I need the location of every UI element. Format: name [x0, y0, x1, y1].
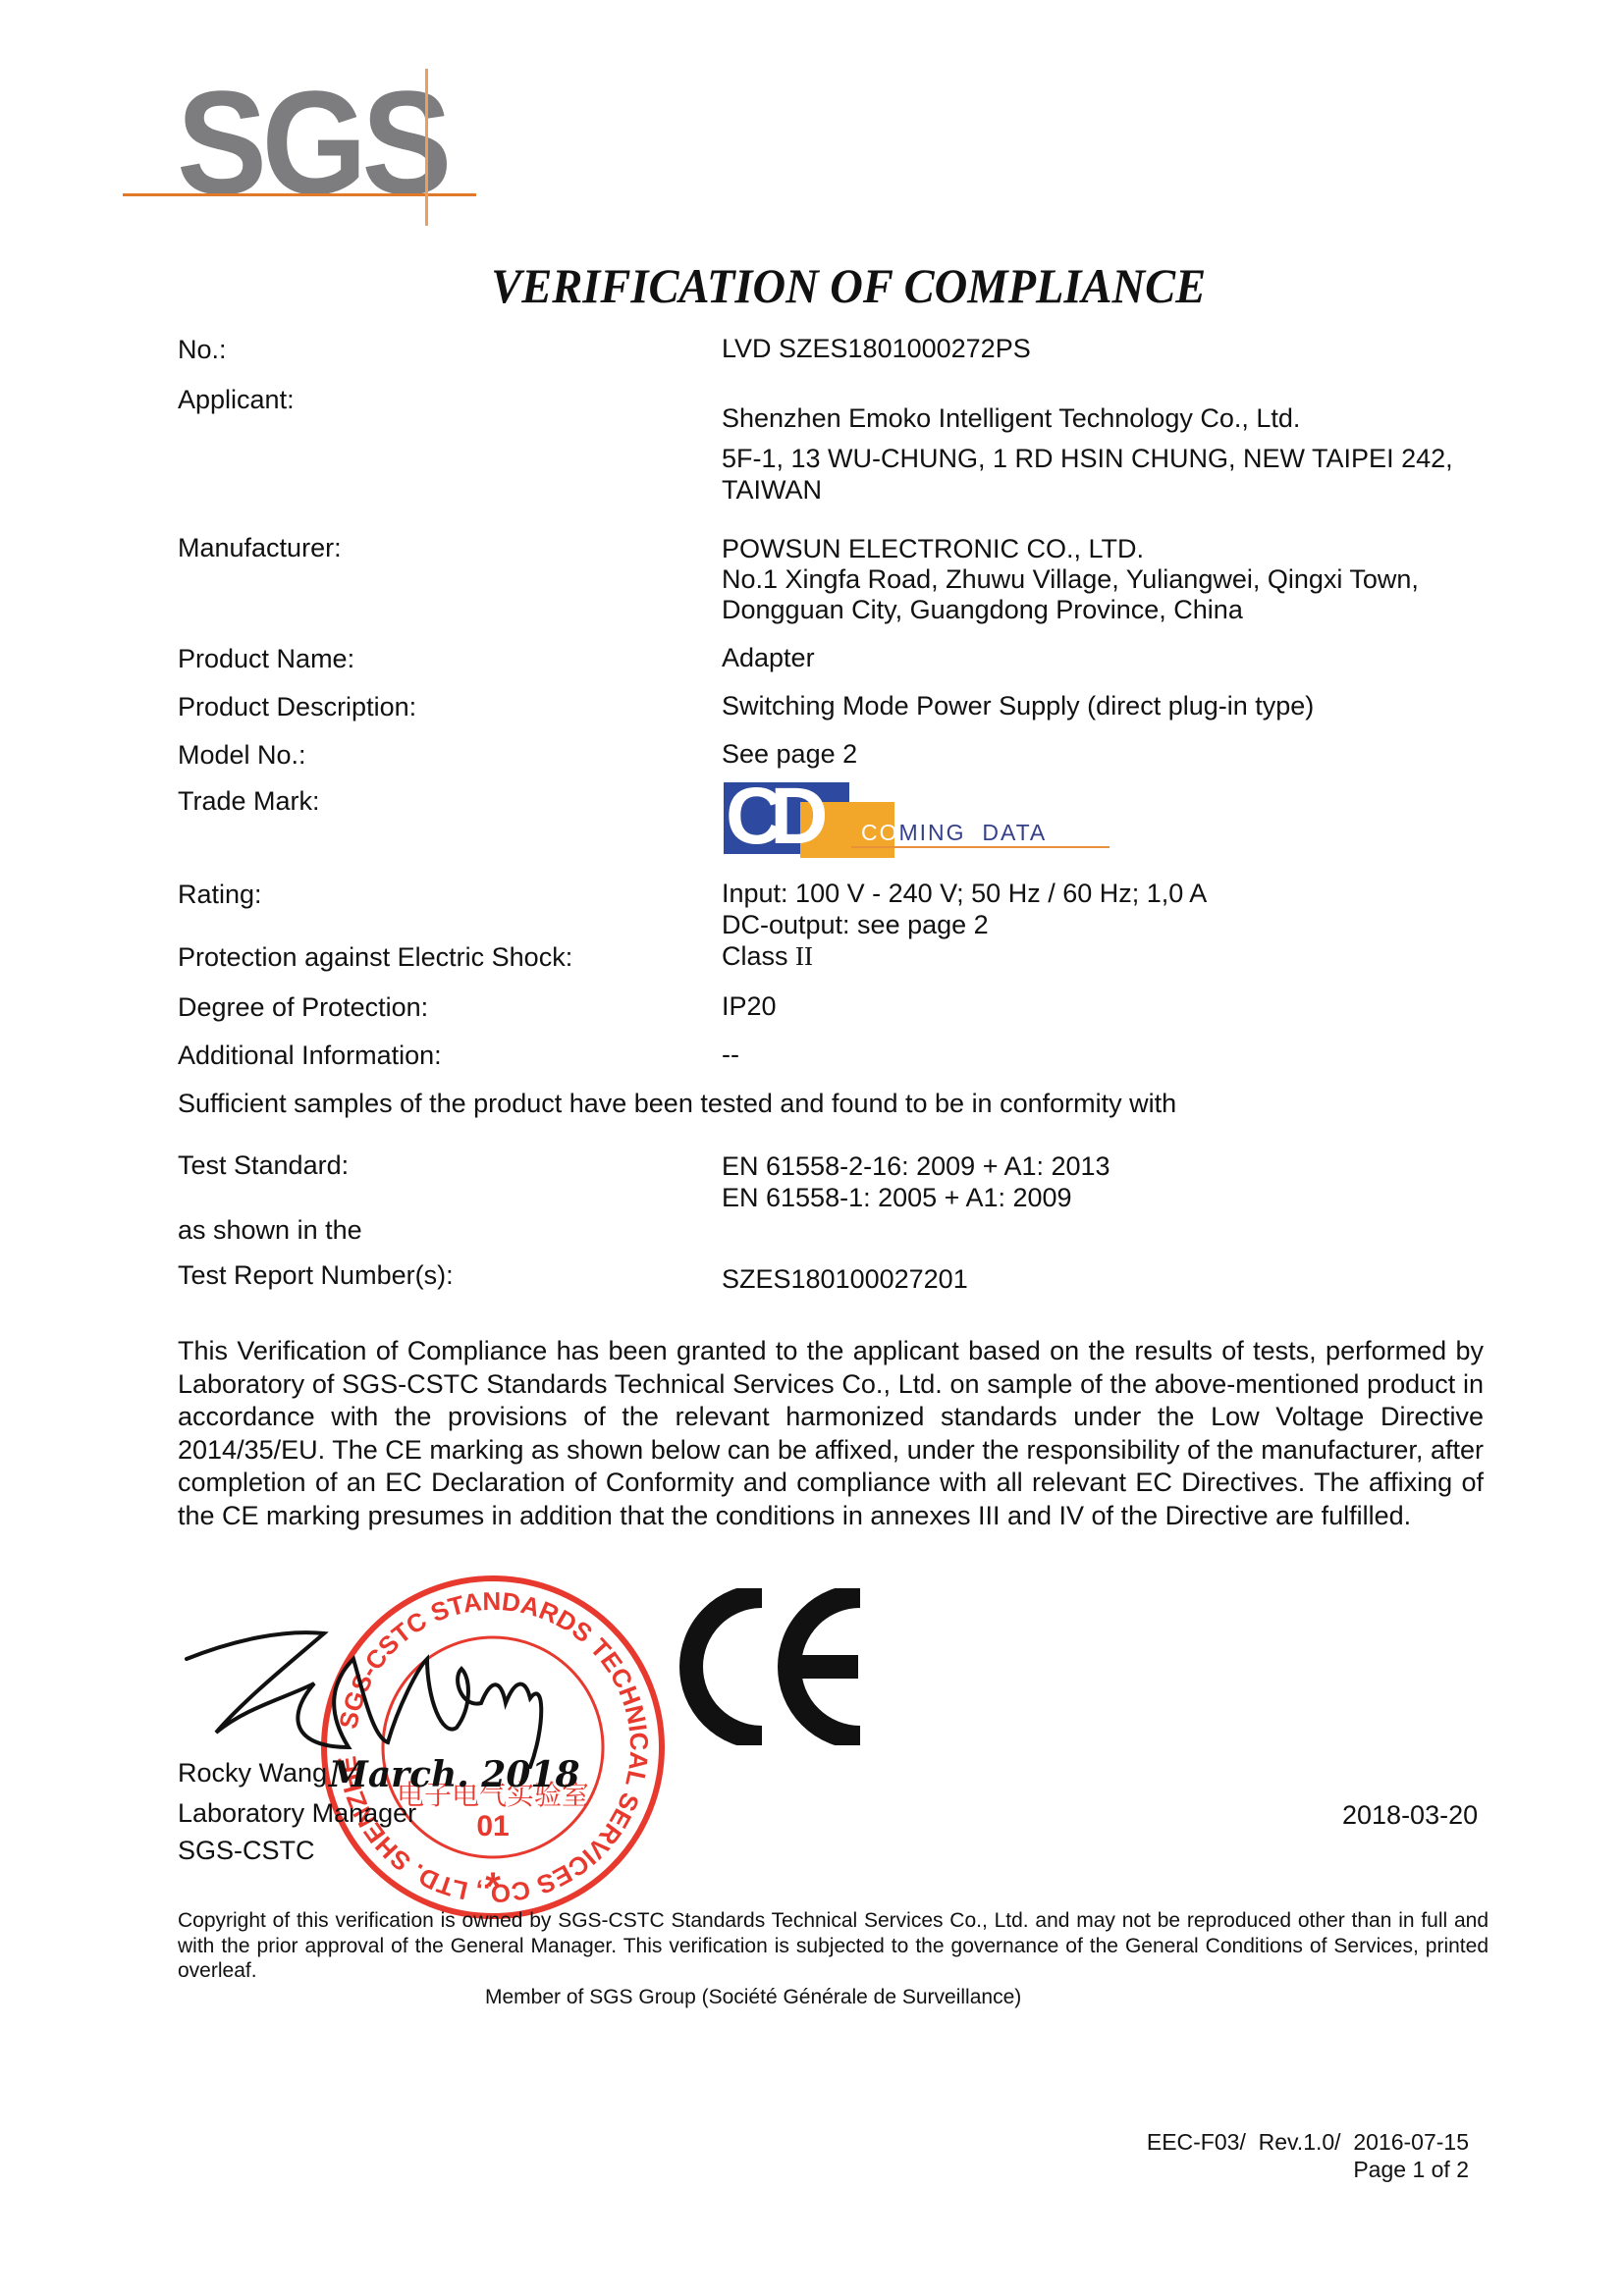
conformity-statement: Sufficient samples of the product have b…: [178, 1089, 1176, 1119]
page-number: Page 1 of 2: [1115, 2156, 1469, 2183]
product-description-value: Switching Mode Power Supply (direct plug…: [722, 690, 1314, 721]
test-report-value: SZES180100027201: [722, 1263, 968, 1295]
class-prefix: Class: [722, 941, 795, 971]
logo-vertical-rule: [425, 69, 428, 226]
applicant-label: Applicant:: [178, 385, 295, 415]
rating-value-line1: Input: 100 V - 240 V; 50 Hz / 60 Hz; 1,0…: [722, 878, 1207, 909]
member-statement: Member of SGS Group (Société Générale de…: [485, 1986, 1021, 2009]
rating-label: Rating:: [178, 880, 262, 910]
model-no-label: Model No.:: [178, 740, 306, 771]
page-title: VERIFICATION OF COMPLIANCE: [57, 257, 1567, 314]
logo-cd-letters: CD: [726, 776, 814, 857]
signatory-organization: SGS-CSTC: [178, 1836, 315, 1866]
manufacturer-address-line2: Dongguan City, Guangdong Province, China: [722, 594, 1243, 625]
logo-horizontal-rule: [123, 193, 476, 196]
rating-value-line2: DC-output: see page 2: [722, 909, 989, 940]
additional-info-label: Additional Information:: [178, 1041, 442, 1071]
test-standard-2: EN 61558-1: 2005 + A1: 2009: [722, 1182, 1072, 1213]
test-standard-1: EN 61558-2-16: 2009 + A1: 2013: [722, 1150, 1110, 1182]
protection-shock-label: Protection against Electric Shock:: [178, 942, 572, 973]
handwritten-date: March. 2018: [327, 1754, 580, 1795]
manufacturer-label: Manufacturer:: [178, 533, 342, 563]
stamp-number: 01: [476, 1810, 509, 1842]
form-revision: EEC-F03/ Rev.1.0/ 2016-07-15: [1115, 2128, 1469, 2156]
product-name-value: Adapter: [722, 642, 815, 673]
applicant-address-line1: 5F-1, 13 WU-CHUNG, 1 RD HSIN CHUNG, NEW …: [722, 443, 1453, 474]
issue-date: 2018-03-20: [1342, 1800, 1478, 1831]
manufacturer-name: POWSUN ELECTRONIC CO., LTD.: [722, 533, 1144, 564]
applicant-name: Shenzhen Emoko Intelligent Technology Co…: [722, 402, 1300, 434]
body-paragraph: This Verification of Compliance has been…: [178, 1335, 1484, 1532]
logo-underline: [851, 846, 1110, 848]
test-report-label: Test Report Number(s):: [178, 1260, 454, 1291]
logo-brand-highlight: CO: [861, 820, 899, 845]
logo-brand-text: COMING DATA: [861, 820, 1047, 846]
stamp-star-icon: *: [485, 1865, 501, 1908]
signatory-title: Laboratory Manager: [178, 1798, 416, 1829]
logo-brand-rest: MING DATA: [899, 820, 1048, 845]
trade-mark-logo: CD COMING DATA: [724, 782, 1116, 857]
signatory-name: Rocky Wang: [178, 1758, 327, 1789]
form-id: EEC-F03/ Rev.1.0/ 2016-07-15 Page 1 of 2: [1115, 2128, 1469, 2183]
number-value: LVD SZES1801000272PS: [722, 333, 1031, 364]
model-no-value: See page 2: [722, 738, 857, 770]
copyright-notice: Copyright of this verification is owned …: [178, 1908, 1489, 1984]
trade-mark-label: Trade Mark:: [178, 786, 320, 817]
degree-protection-label: Degree of Protection:: [178, 992, 428, 1023]
as-shown-text: as shown in the: [178, 1215, 362, 1246]
protection-shock-value: Class II: [722, 940, 813, 972]
product-description-label: Product Description:: [178, 692, 416, 722]
number-label: No.:: [178, 335, 227, 365]
applicant-address-line2: TAIWAN: [722, 474, 822, 506]
additional-info-value: --: [722, 1039, 739, 1070]
ce-mark-icon: [664, 1588, 880, 1745]
degree-protection-value: IP20: [722, 990, 777, 1022]
test-standard-label: Test Standard:: [178, 1150, 349, 1181]
manufacturer-address-line1: No.1 Xingfa Road, Zhuwu Village, Yuliang…: [722, 563, 1419, 595]
sgs-logo: SGS: [123, 69, 476, 231]
product-name-label: Product Name:: [178, 644, 354, 674]
class-roman-numeral: II: [795, 941, 813, 971]
